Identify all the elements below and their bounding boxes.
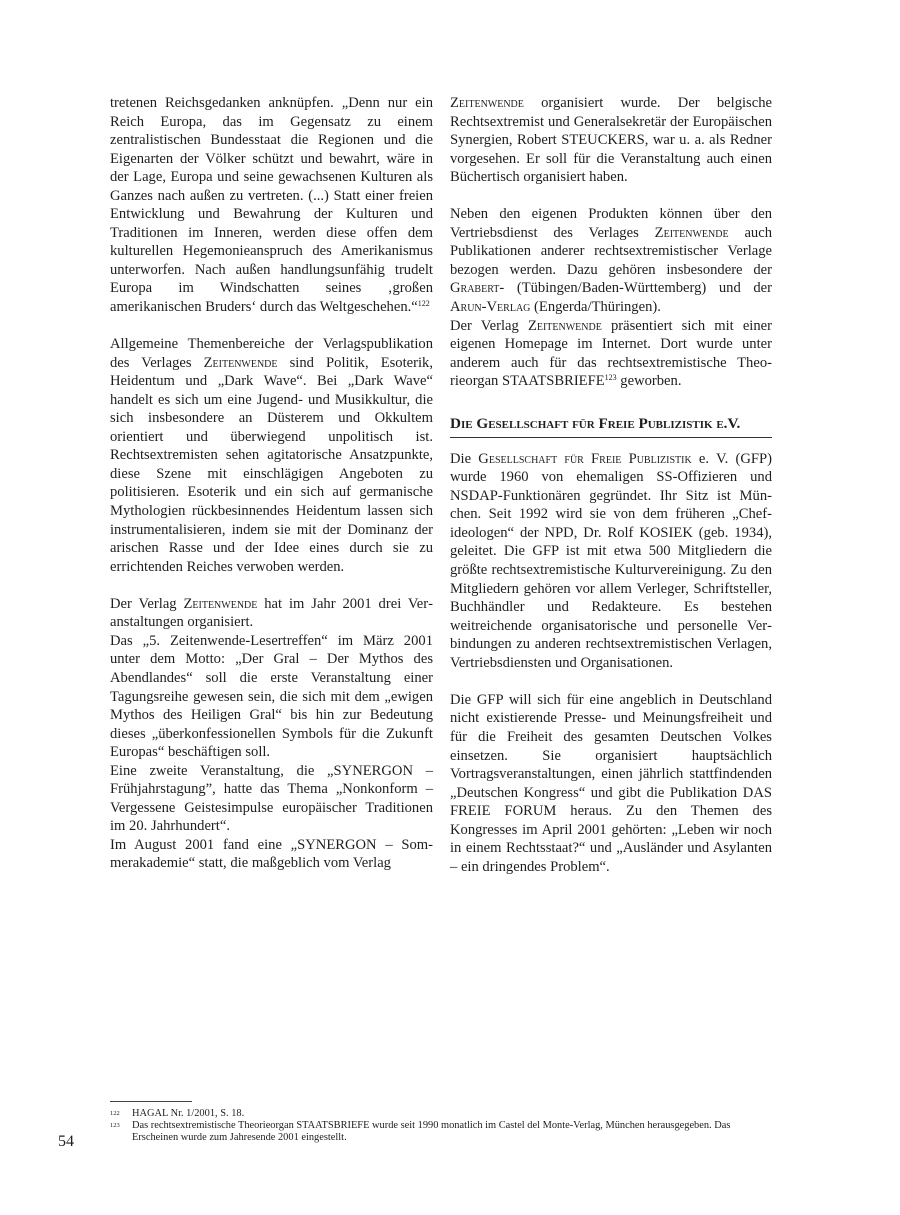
- footnote: 123Das rechtsextremistische Theorieorgan…: [110, 1120, 770, 1145]
- paragraph-text: e. V. (GFP) wurde 1960 von ehemaligen SS…: [450, 451, 772, 671]
- section-heading: Die Gesellschaft für Freie Publizistik e…: [450, 415, 772, 438]
- organization-name: Gesellschaft für Freie Publizistik: [478, 451, 691, 467]
- paragraph-text: (Engerda/Thüringen).: [530, 299, 660, 315]
- paragraph: Der Verlag Zeitenwende hat im Jahr 2001 …: [110, 595, 433, 632]
- publisher-name: Zeitenwende: [183, 596, 257, 612]
- footnote-text: Das rechtsextremistische Theorieorgan ST…: [132, 1120, 768, 1145]
- paragraph: Die Gesellschaft für Freie Publizistik e…: [450, 450, 772, 673]
- footnote-ref[interactable]: 122: [418, 299, 430, 308]
- paragraph-text: Der Verlag: [110, 596, 183, 612]
- paragraph-text: geworben.: [617, 373, 682, 389]
- publisher-name: Grabert-: [450, 280, 504, 296]
- left-column: tretenen Reichsgedanken anknüpfen. „Denn…: [110, 94, 433, 873]
- publisher-name: Zeitenwende: [450, 95, 524, 111]
- footnote-number: 122: [110, 1108, 132, 1120]
- paragraph-text: sind Politik, Esote­rik, Heidentum und „…: [110, 355, 433, 575]
- footnote-divider: [110, 1101, 192, 1102]
- paragraph-text: Der Verlag: [450, 318, 528, 334]
- publisher-name: Zeitenwende: [655, 225, 729, 241]
- footnote-number: 123: [110, 1120, 132, 1132]
- paragraph: Eine zweite Veranstaltung, die „SYNERGON…: [110, 762, 433, 836]
- paragraph: Neben den eigenen Produkten können über …: [450, 205, 772, 316]
- paragraph: Das „5. Zeitenwende-Lesertreffen“ im Mär…: [110, 632, 433, 762]
- paragraph-text: tretenen Reichsgedanken anknüpfen. „Denn…: [110, 95, 433, 315]
- page-number: 54: [58, 1133, 74, 1151]
- paragraph: Der Verlag Zeitenwende präsentiert sich …: [450, 317, 772, 391]
- paragraph: Die GFP will sich für eine angeblich in …: [450, 691, 772, 876]
- right-column: Zeitenwende organisiert wurde. Der belgi…: [450, 94, 772, 876]
- paragraph-text: (Tübingen/Baden-Württemberg) und der: [504, 280, 772, 296]
- paragraph: Allgemeine Themenbereiche der Verlagspub…: [110, 335, 433, 576]
- paragraph-text: Die: [450, 451, 478, 467]
- footnote-ref[interactable]: 123: [605, 373, 617, 382]
- publisher-name: Zeitenwende: [204, 355, 278, 371]
- footnote-text: HAGAL Nr. 1/2001, S. 18.: [132, 1108, 768, 1120]
- paragraph: tretenen Reichsgedanken anknüpfen. „Denn…: [110, 94, 433, 317]
- paragraph: Im August 2001 fand eine „SYNERGON – Som…: [110, 836, 433, 873]
- publisher-name: Zeitenwende: [528, 318, 602, 334]
- paragraph: Zeitenwende organisiert wurde. Der belgi…: [450, 94, 772, 187]
- publisher-name: Arun-Verlag: [450, 299, 530, 315]
